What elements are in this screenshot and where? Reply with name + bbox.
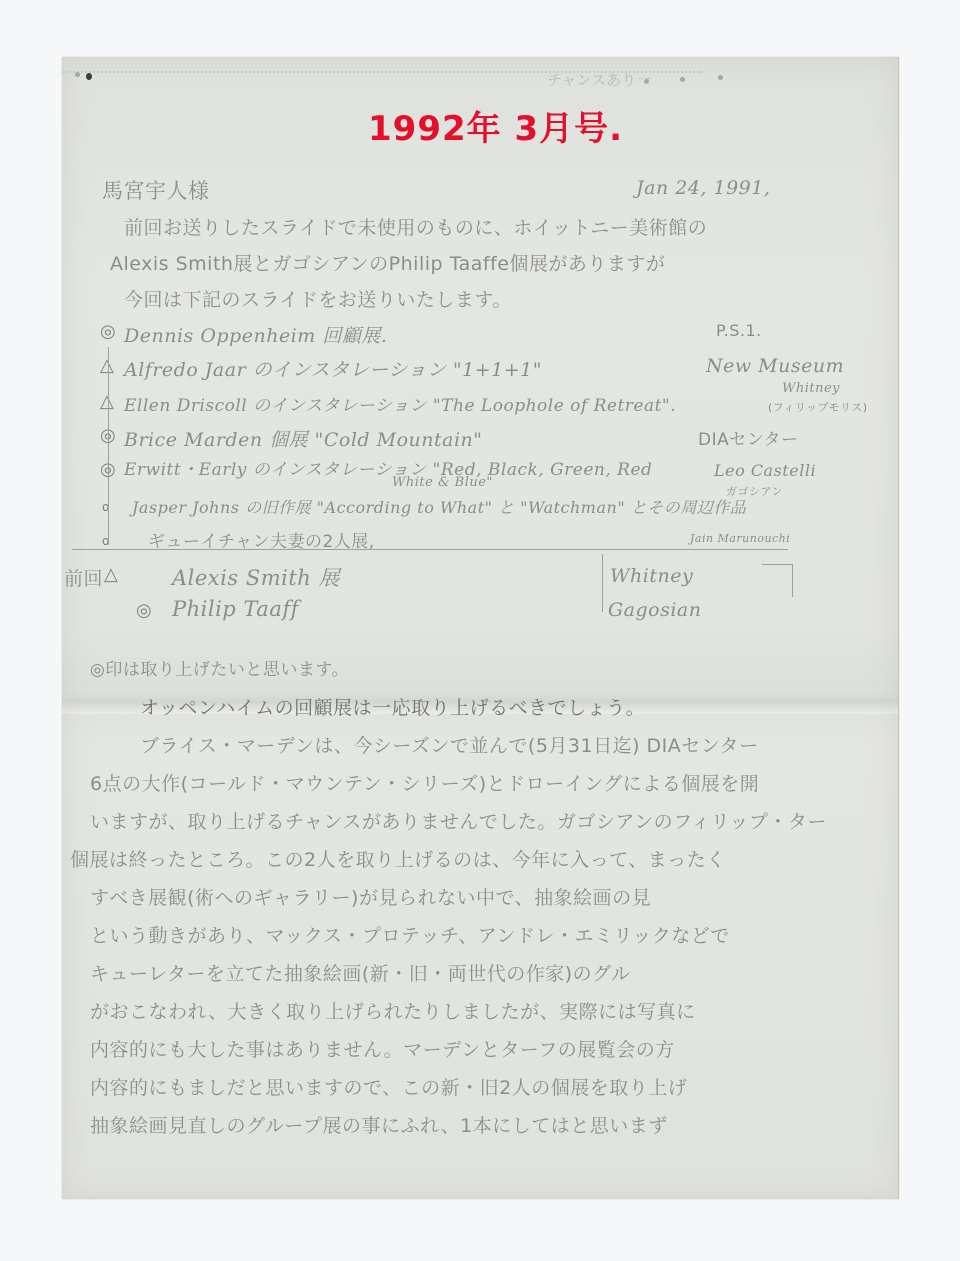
punch-hole [75, 72, 80, 77]
list-item: Erwitt・Early のインスタレーション "Red, Black, Gre… [124, 455, 652, 480]
list-item: Jasper Johns の旧作展 "According to What" と … [132, 495, 746, 518]
body-line: という動きがあり、マックス・プロテッチ、アンドレ・エミリックなどで [90, 921, 730, 948]
list-item: Brice Marden 個展 "Cold Mountain" [124, 425, 483, 452]
punch-hole [718, 75, 723, 80]
list-item-venue: (フィリップモリス) [768, 399, 868, 415]
list-item-venue: Leo Castelli [714, 461, 816, 480]
previous-item-venue: Gagosian [608, 599, 702, 621]
body-line: 個展は終ったところ。この2人を取り上げるのは、今年に入って、まったく [70, 845, 726, 872]
punch-hole [86, 73, 92, 80]
previous-label: 前回 [64, 564, 103, 591]
punch-hole [680, 77, 685, 82]
body-line: がおこなわれ、大きく取り上げられたりしましたが、実際には写真に [90, 997, 696, 1024]
body-line: 内容的にも大した事はありません。マーデンとターフの展覧会の方 [90, 1035, 675, 1062]
intro-line: 前回お送りしたスライドで未使用のものに、ホイットニー美術館の [124, 213, 707, 240]
list-item-venue: New Museum [706, 355, 844, 377]
red-date-annotation: 1992年 3月号. [368, 101, 623, 150]
list-item: Dennis Oppenheim 回顧展. [124, 321, 387, 348]
body-line: 抽象絵画見直しのグループ展の事にふれ、1本にしてはと思いまず [90, 1111, 668, 1138]
list-item-venue-above: Whitney [782, 381, 840, 396]
triangle-icon: △ [104, 566, 118, 584]
body-line: 6点の大作(コールド・マウンテン・シリーズ)とドローイングによる個展を開 [90, 769, 759, 796]
list-item-venue: P.S.1. [716, 321, 762, 340]
body-line: すべき展観(術へのギャラリー)が見られない中で、抽象絵画の見 [90, 883, 651, 910]
body-line: いますが、取り上げるチャンスがありませんでした。ガゴシアンのフィリップ・ター [90, 807, 827, 834]
list-item-venue: Jain Marunouchi [690, 532, 790, 545]
venue-bracket [602, 554, 603, 612]
salutation: 馬宮宇人様 [102, 175, 210, 205]
previous-item: Philip Taaff [172, 597, 299, 621]
double-circle-icon: ◎ [136, 602, 152, 620]
previous-item-venue: Whitney [610, 565, 693, 587]
bracket-line [108, 347, 109, 545]
divider-line [72, 549, 788, 550]
faint-top-text: チャンスあり一 [547, 69, 651, 90]
body-line: オッペンハイムの回顧展は一応取り上げるべきでしょう。 [140, 693, 645, 720]
list-item-line2: White & Blue" [392, 475, 493, 490]
bracket-corner [792, 564, 793, 597]
body-line: キューレターを立てた抽象絵画(新・旧・両世代の作家)のグル [90, 959, 631, 986]
intro-line: 今回は下記のスライドをお送りいたします。 [124, 285, 512, 312]
triangle-icon: △ [100, 393, 114, 411]
previous-item: Alexis Smith 展 [172, 562, 340, 592]
list-item: Ellen Driscoll のインスタレーション "The Loophole … [124, 391, 676, 416]
double-circle-icon: ◎ [100, 323, 116, 341]
bracket-corner [762, 564, 792, 565]
list-item-venue: DIAセンター [698, 425, 799, 450]
body-line: ブライス・マーデンは、今シーズンで並んで(5月31日迄) DIAセンター [140, 731, 759, 758]
note-line: ◎印は取り上げたいと思います。 [90, 655, 349, 680]
list-item: Alfredo Jaar のインスタレーション "1+1+1" [124, 355, 542, 382]
intro-line: Alexis Smith展とガゴシアンのPhilip Taaffe個展があります… [110, 249, 665, 276]
letter-date: Jan 24, 1991, [636, 177, 770, 199]
triangle-icon: △ [100, 357, 114, 375]
letter-paper: チャンスあり一 1992年 3月号. 馬宮宇人様 Jan 24, 1991, 前… [62, 57, 899, 1199]
body-line: 内容的にもましだと思いますので、この新・旧2人の個展を取り上げ [90, 1073, 687, 1100]
